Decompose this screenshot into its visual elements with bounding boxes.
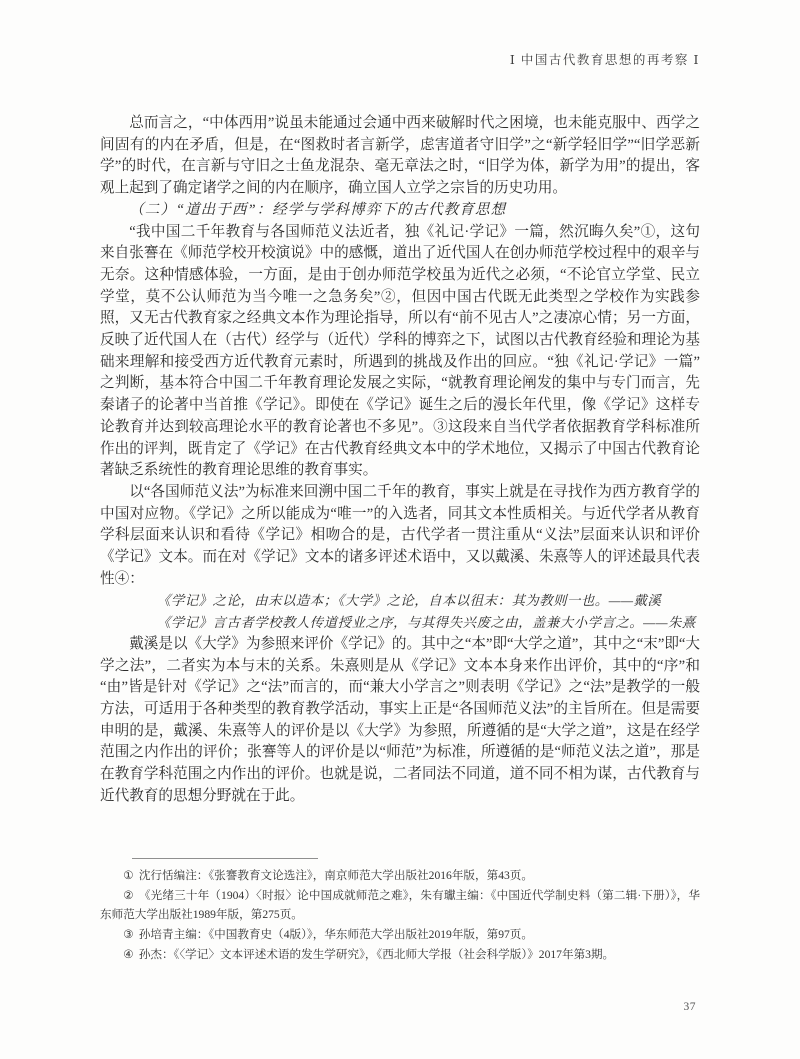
paragraph-zhongtixiyong-summary: 总而言之，“中体西用”说虽未能通过会通中西来破解时代之困境，也未能克服中、西学之… xyxy=(100,113,700,200)
footnote-divider xyxy=(132,858,318,859)
paragraph-zhangjian-xueji: “我中国二千年教育与各国师范义法近者，独《礼记·学记》一篇，然沉晦久矣”①，这句… xyxy=(100,222,700,482)
footnote-2-text: 《光绪三十年（1904）〈时报〉论中国成就师范之难》，朱有瓛主编：《中国近代学制… xyxy=(100,889,700,921)
paragraph-daixi-zhuxi-analysis: 戴溪是以《大学》为参照来评价《学记》的。其中之“本”即“大学之道”，其中之“末”… xyxy=(100,634,700,808)
quote-daixi: 《学记》之论，由末以造本；《大学》之论，自本以徂末：其为教则一也。——戴溪 xyxy=(100,590,700,612)
running-header: Ⅰ 中国古代教育思想的再考察 Ⅰ xyxy=(510,50,700,68)
footnote-2-marker: ② xyxy=(123,889,134,902)
quote-zhuxi: 《学记》言古者学校教人传道授业之序，与其得失兴废之由，盖兼大小学言之。——朱熹 xyxy=(100,612,700,634)
footnote-3-text: 孙培青主编：《中国教育史（4版）》，华东师范大学出版社2019年版，第97页。 xyxy=(139,928,533,941)
page-number: 37 xyxy=(684,1001,697,1013)
paragraph-geguo-shifan-yifa: 以“各国师范义法”为标准来回溯中国二千年的教育，事实上就是在寻找作为西方教育学的… xyxy=(100,482,700,591)
footnote-1: ①沈行恬编注：《张謇教育文论选注》，南京师范大学出版社2016年版，第43页。 xyxy=(100,866,700,885)
footnote-1-text: 沈行恬编注：《张謇教育文论选注》，南京师范大学出版社2016年版，第43页。 xyxy=(139,869,533,882)
book-page: Ⅰ 中国古代教育思想的再考察 Ⅰ 总而言之，“中体西用”说虽未能通过会通中西来破… xyxy=(0,0,800,1059)
footnote-1-marker: ① xyxy=(123,869,133,882)
section-heading-dao-chu-yu-xi: （二）“道出于西”：经学与学科博弈下的古代教育思想 xyxy=(100,200,700,222)
footnote-4: ④孙杰：《〈学记〉文本评述术语的发生学研究》，《西北师大学报（社会科学版）》20… xyxy=(100,945,700,964)
footnote-4-marker: ④ xyxy=(123,948,133,961)
footnote-3: ③孙培青主编：《中国教育史（4版）》，华东师范大学出版社2019年版，第97页。 xyxy=(100,925,700,944)
footnote-4-text: 孙杰：《〈学记〉文本评述术语的发生学研究》，《西北师大学报（社会科学版）》201… xyxy=(139,948,614,961)
footnote-3-marker: ③ xyxy=(123,928,133,941)
footnote-2: ②《光绪三十年（1904）〈时报〉论中国成就师范之难》，朱有瓛主编：《中国近代学… xyxy=(100,886,700,924)
main-text-block: 总而言之，“中体西用”说虽未能通过会通中西来破解时代之困境，也未能克服中、西学之… xyxy=(100,113,700,808)
footnotes-section: ①沈行恬编注：《张謇教育文论选注》，南京师范大学出版社2016年版，第43页。 … xyxy=(100,858,700,965)
